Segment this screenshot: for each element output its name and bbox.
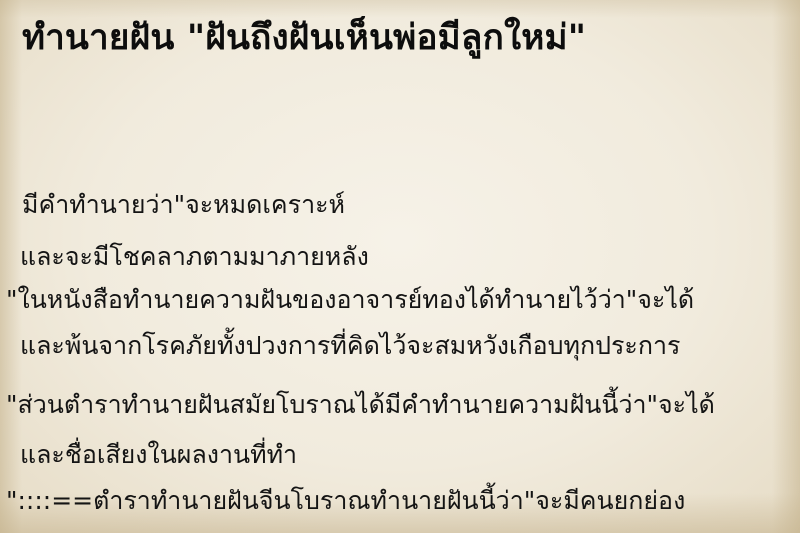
text-line-3: "ในหนังสือทำนายความฝันของอาจารย์ทองได้ทำ… — [6, 283, 694, 317]
text-line-5: "ส่วนตำราทำนายฝันสมัยโบราณได้มีคำทำนายคว… — [6, 388, 715, 422]
text-line-6: และชื่อเสียงในผลงานที่ทำ — [20, 438, 297, 472]
aged-paper-background: ทำนายฝัน "ฝันถึงฝันเห็นพ่อมีลูกใหม่" มีค… — [0, 0, 800, 533]
text-line-1: มีคำทำนายว่า"จะหมดเคราะห์ — [22, 188, 345, 222]
text-line-2: และจะมีโชคลาภตามมาภายหลัง — [20, 240, 369, 274]
page-title: ทำนายฝัน "ฝันถึงฝันเห็นพ่อมีลูกใหม่" — [22, 14, 586, 62]
text-line-7: "::::==ตำราทำนายฝันจีนโบราณทำนายฝันนี้ว่… — [6, 484, 685, 518]
text-line-4: และพ้นจากโรคภัยทั้งปวงการที่คิดไว้จะสมหว… — [20, 329, 680, 363]
